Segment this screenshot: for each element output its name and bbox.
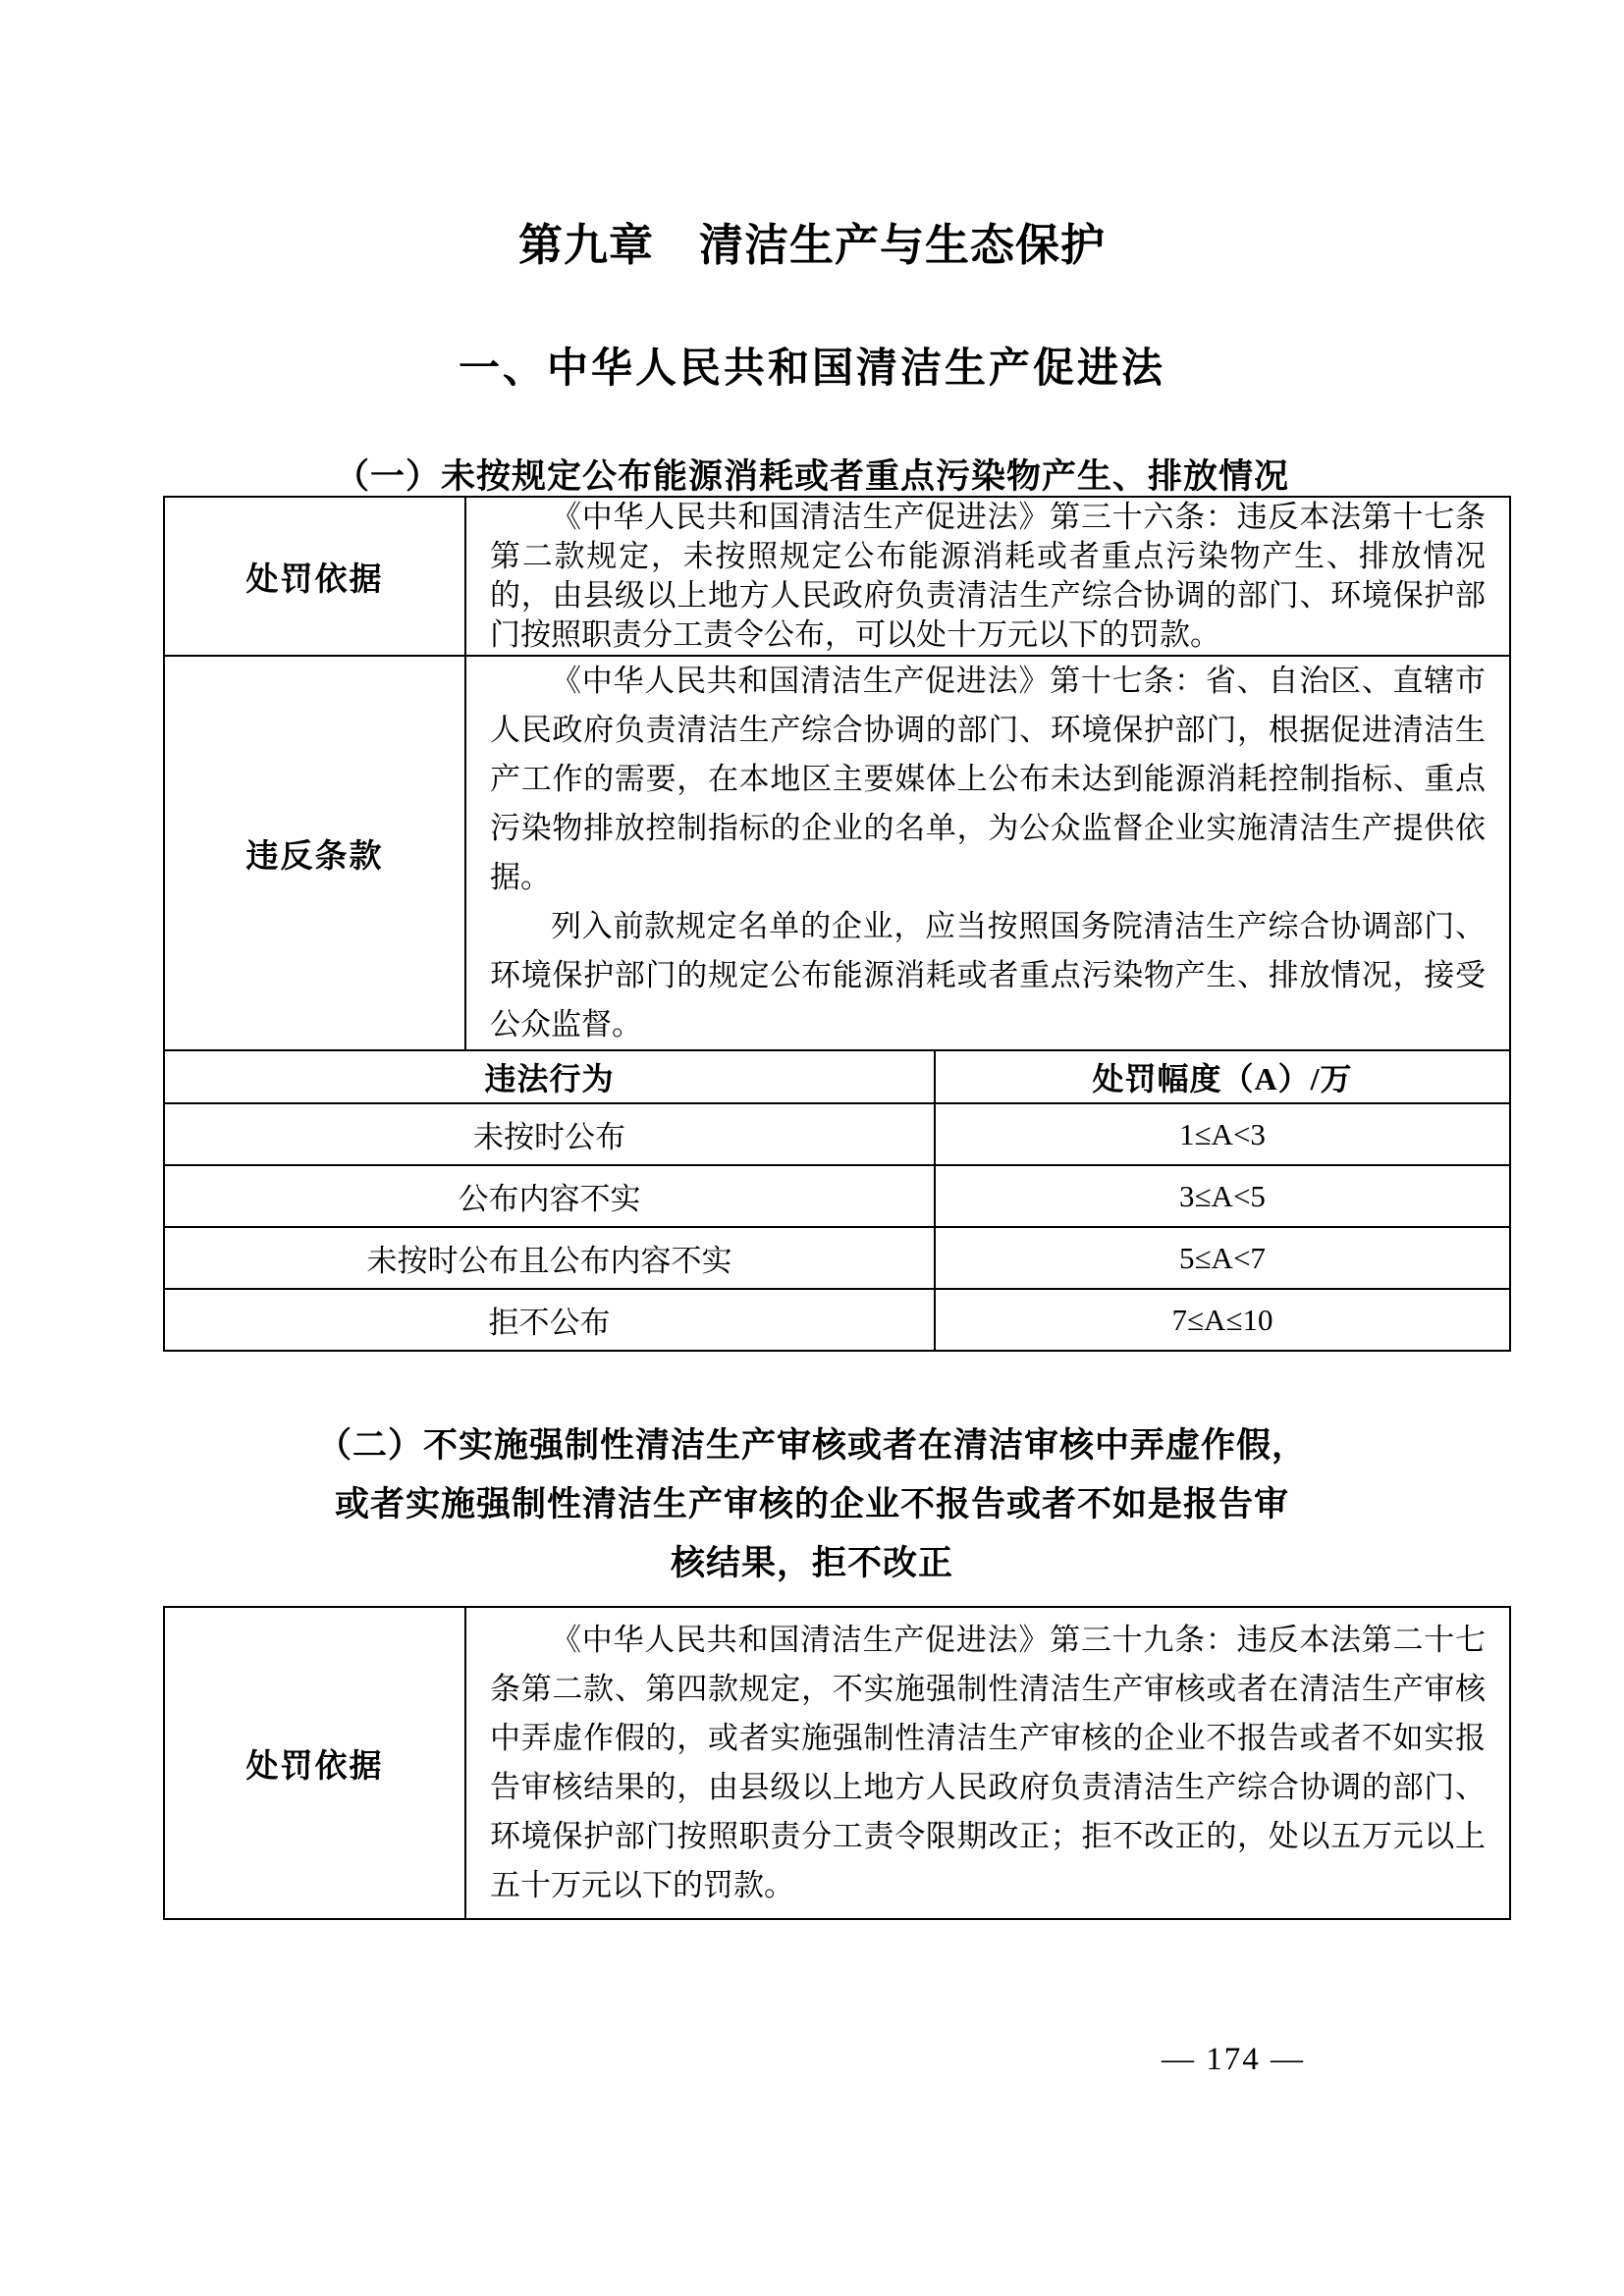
penalty-range-cell: 1≤A<3 — [935, 1103, 1509, 1165]
table-row: 拒不公布 7≤A≤10 — [165, 1289, 1509, 1350]
violation-cell: 未按时公布且公布内容不实 — [165, 1227, 935, 1289]
paragraph: 列入前款规定名单的企业，应当按照国务院清洁生产综合协调部门、环境保护部门的规定公… — [490, 902, 1486, 1049]
violation-cell: 拒不公布 — [165, 1289, 935, 1350]
section1-heading: （一）未按规定公布能源消耗或者重点污染物产生、排放情况 — [0, 450, 1624, 499]
document-page: 第九章 清洁生产与生态保护 一、中华人民共和国清洁生产促进法 （一）未按规定公布… — [0, 0, 1624, 2296]
table-row: 违反条款 《中华人民共和国清洁生产促进法》第十七条：省、自治区、直辖市人民政府负… — [165, 656, 1509, 1049]
table-row: 处罚依据 《中华人民共和国清洁生产促进法》第三十六条：违反本法第十七条第二款规定… — [165, 498, 1509, 656]
violated-clause-text: 《中华人民共和国清洁生产促进法》第十七条：省、自治区、直辖市人民政府负责清洁生产… — [465, 656, 1509, 1049]
penalty-basis-text: 《中华人民共和国清洁生产促进法》第三十九条：违反本法第二十七条第二款、第四款规定… — [465, 1608, 1509, 1918]
paragraph: 《中华人民共和国清洁生产促进法》第十七条：省、自治区、直辖市人民政府负责清洁生产… — [490, 657, 1486, 902]
section2-heading-line1: （二）不实施强制性清洁生产审核或者在清洁审核中弄虚作假， — [0, 1416, 1624, 1475]
page-number: — 174 — — [1162, 2042, 1305, 2078]
table-row: 处罚依据 《中华人民共和国清洁生产促进法》第三十九条：违反本法第二十七条第二款、… — [165, 1608, 1509, 1918]
penalty-range-cell: 7≤A≤10 — [935, 1289, 1509, 1350]
section2-heading: （二）不实施强制性清洁生产审核或者在清洁审核中弄虚作假， 或者实施强制性清洁生产… — [0, 1416, 1624, 1593]
penalty-range-cell: 5≤A<7 — [935, 1227, 1509, 1289]
chapter-title: 第九章 清洁生产与生态保护 — [0, 209, 1624, 273]
row-label-penalty-basis: 处罚依据 — [165, 498, 465, 656]
penalty-range-cell: 3≤A<5 — [935, 1165, 1509, 1227]
column-header-violation: 违法行为 — [165, 1050, 935, 1103]
violation-cell: 未按时公布 — [165, 1103, 935, 1165]
law-title: 一、中华人民共和国清洁生产促进法 — [0, 336, 1624, 395]
violation-cell: 公布内容不实 — [165, 1165, 935, 1227]
paragraph: 《中华人民共和国清洁生产促进法》第三十六条：违反本法第十七条第二款规定，未按照规… — [490, 498, 1486, 655]
row-label-violated-clause: 违反条款 — [165, 656, 465, 1049]
column-header-penalty-range: 处罚幅度（A）/万 — [935, 1050, 1509, 1103]
law-clause-table: 处罚依据 《中华人民共和国清洁生产促进法》第三十九条：违反本法第二十七条第二款、… — [165, 1608, 1509, 1918]
table-row: 未按时公布 1≤A<3 — [165, 1103, 1509, 1165]
section2-heading-line2: 或者实施强制性清洁生产审核的企业不报告或者不如是报告审 — [0, 1475, 1624, 1534]
table-row: 未按时公布且公布内容不实 5≤A<7 — [165, 1227, 1509, 1289]
section1-table: 处罚依据 《中华人民共和国清洁生产促进法》第三十六条：违反本法第十七条第二款规定… — [163, 496, 1511, 1352]
row-label-penalty-basis: 处罚依据 — [165, 1608, 465, 1918]
penalty-table-header: 违法行为 处罚幅度（A）/万 — [165, 1050, 1509, 1103]
table-row: 公布内容不实 3≤A<5 — [165, 1165, 1509, 1227]
section2-table: 处罚依据 《中华人民共和国清洁生产促进法》第三十九条：违反本法第二十七条第二款、… — [163, 1606, 1511, 1920]
paragraph: 《中华人民共和国清洁生产促进法》第三十九条：违反本法第二十七条第二款、第四款规定… — [490, 1616, 1486, 1910]
law-clause-table: 处罚依据 《中华人民共和国清洁生产促进法》第三十六条：违反本法第十七条第二款规定… — [165, 498, 1509, 1049]
section2-heading-line3: 核结果，拒不改正 — [0, 1534, 1624, 1593]
penalty-amount-table: 违法行为 处罚幅度（A）/万 未按时公布 1≤A<3 公布内容不实 3≤A<5 … — [165, 1049, 1509, 1350]
penalty-basis-text: 《中华人民共和国清洁生产促进法》第三十六条：违反本法第十七条第二款规定，未按照规… — [465, 498, 1509, 656]
